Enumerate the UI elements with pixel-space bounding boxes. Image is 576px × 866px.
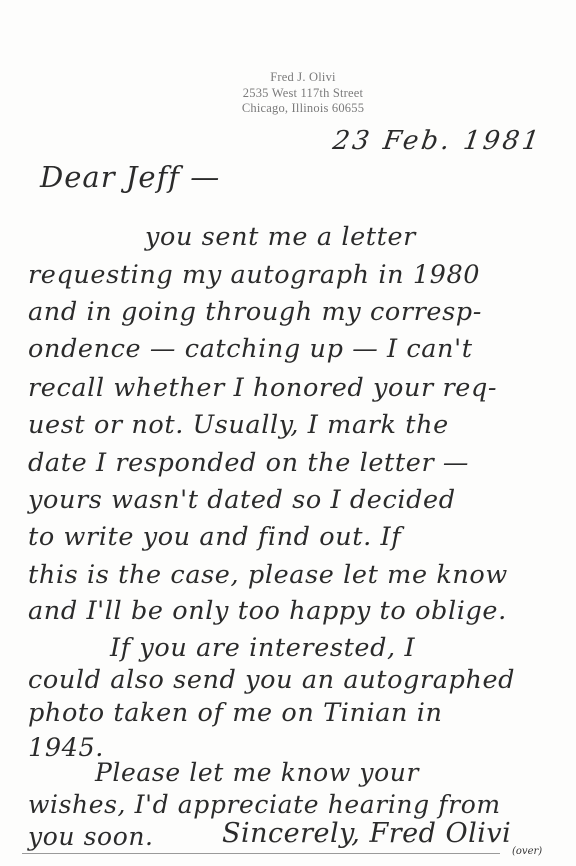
cover-note: (over) (512, 846, 542, 857)
letterhead: Fred J. Olivi 2535 West 117th Street Chi… (0, 70, 576, 117)
body-line: you soon. (28, 822, 154, 851)
letterhead-street: 2535 West 117th Street (30, 86, 576, 102)
body-line: wishes, I'd appreciate hearing from (28, 790, 501, 819)
body-line: If you are interested, I (110, 633, 415, 663)
body-line: requesting my autograph in 1980 (28, 260, 480, 290)
body-line: and in going through my corresp- (28, 297, 482, 327)
letter-page: Fred J. Olivi 2535 West 117th Street Chi… (0, 0, 576, 866)
body-line: this is the case, please let me know (28, 560, 508, 590)
body-line: and I'll be only too happy to oblige. (28, 596, 507, 626)
body-line: yours wasn't dated so I decided (28, 485, 456, 515)
body-line: date I responded on the letter — (28, 448, 469, 478)
body-line: Please let me know your (95, 758, 419, 787)
page-bottom-edge (22, 853, 500, 854)
salutation: Dear Jeff — (40, 160, 220, 194)
body-line: photo taken of me on Tinian in (28, 698, 443, 728)
body-line: could also send you an autographed (28, 665, 515, 695)
letterhead-name: Fred J. Olivi (30, 70, 576, 86)
signature: Sincerely, Fred Olivi (222, 818, 511, 849)
body-line: 1945. (28, 733, 104, 763)
body-line: ondence — catching up — I can't (28, 334, 473, 364)
body-line: recall whether I honored your req- (28, 373, 497, 403)
letter-date: 23 Feb. 1981 (331, 126, 544, 156)
letterhead-city: Chicago, Illinois 60655 (30, 101, 576, 117)
body-line: you sent me a letter (145, 222, 416, 252)
body-line: uest or not. Usually, I mark the (28, 410, 449, 440)
body-line: to write you and find out. If (28, 522, 401, 552)
